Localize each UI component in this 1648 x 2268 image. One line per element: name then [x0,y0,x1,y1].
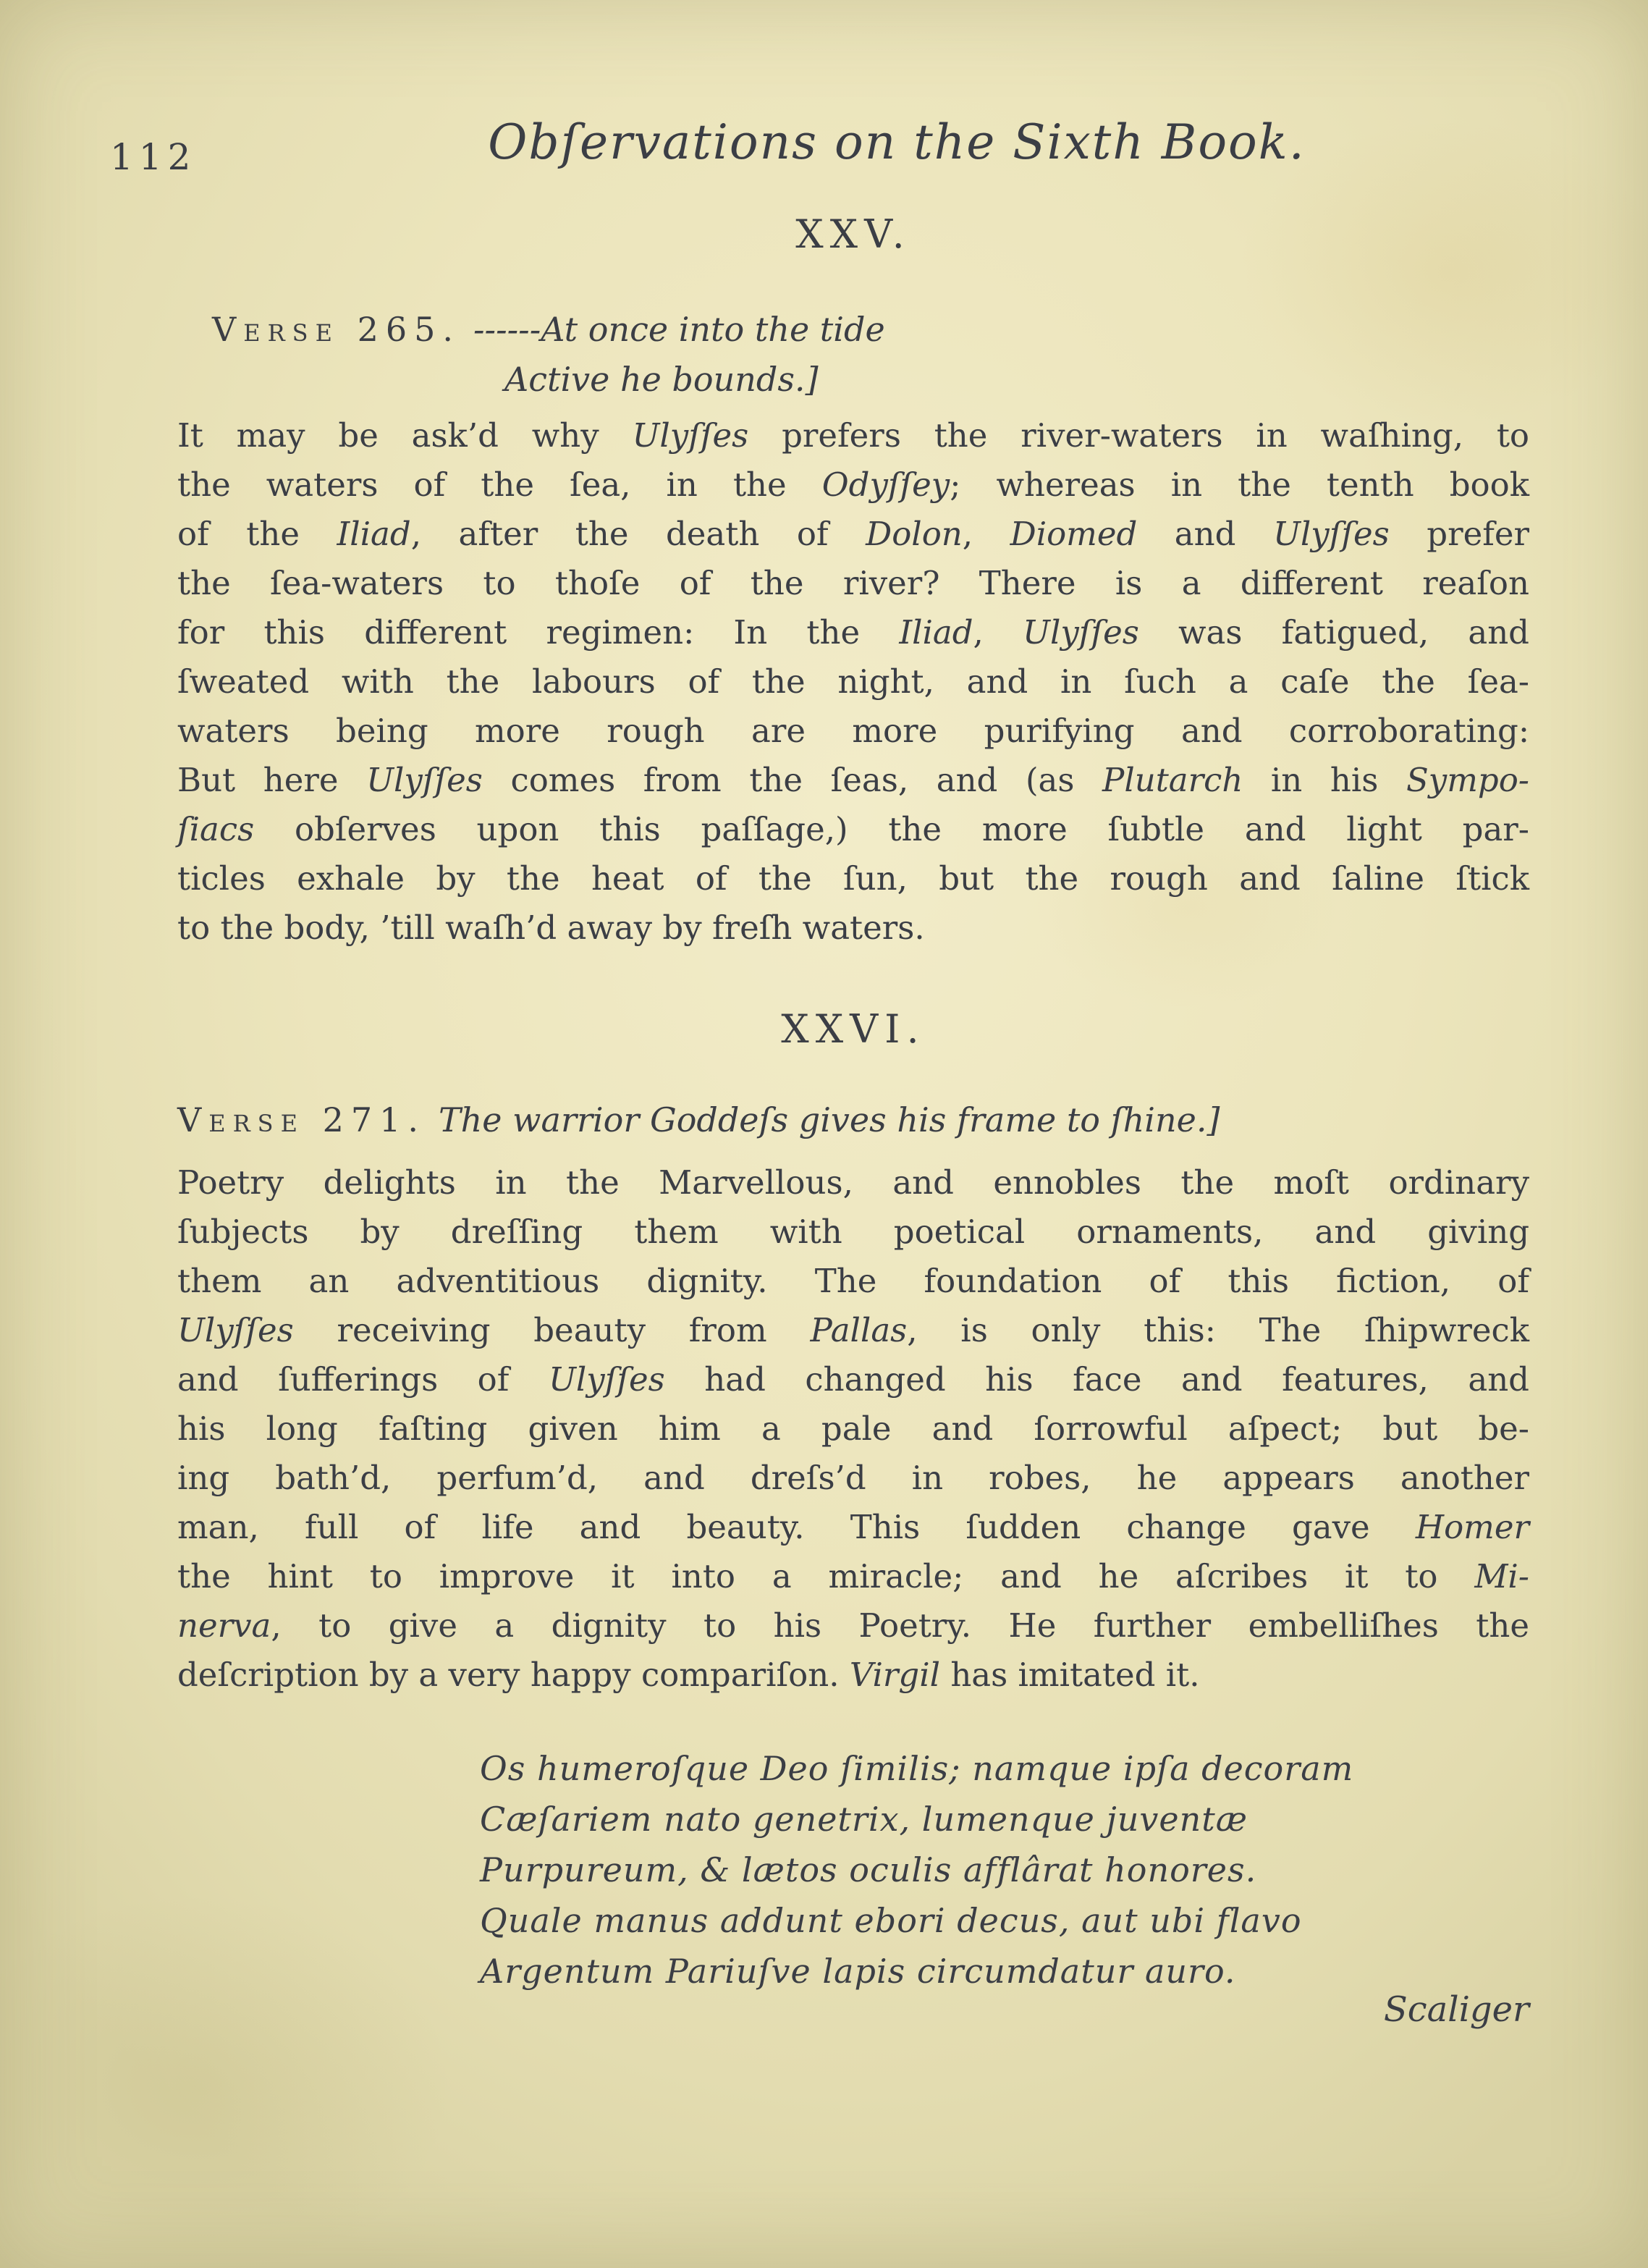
paragraph-line: the ſea-waters to thoſe of the river? Th… [177,559,1529,608]
paragraph-line: It may be ask’d why Ulyſſes prefers the … [177,411,1529,460]
paragraph-line: waters being more rough are more purifyi… [177,707,1529,756]
paragraph-line: ſubjects by dreſſing them with poetical … [177,1207,1529,1257]
verse-265-line-2: Active he bounds.] [177,360,1529,399]
paragraph-xxv: It may be ask’d why Ulyſſes prefers the … [177,411,1529,953]
running-header: Obſervations on the Sixth Book. [177,114,1529,170]
quote-attribution: Scaliger [177,1989,1529,2030]
section-heading-xxvi: XXVI. [177,1006,1529,1052]
latin-quote: Os humeroſque Deo ſimilis; namque ipſa d… [177,1743,1529,1997]
verse-265-line-1: Verse 265.------At once into the tide [177,310,1529,349]
paragraph-line: deſcription by a very happy compariſon. … [177,1651,1529,1700]
paragraph-line: the waters of the ſea, in the Odyſſey; w… [177,460,1529,510]
paragraph-line: and ſufferings of Ulyſſes had changed hi… [177,1355,1529,1404]
quote-line: Purpureum, & lætos oculis afflârat honor… [480,1845,1529,1895]
verse-265-label: Verse 265. [212,310,473,349]
paragraph-line: nerva, to give a dignity to his Poetry. … [177,1601,1529,1651]
paragraph-line: to the body, ’till waſh’d away by freſh … [177,903,1529,953]
paragraph-line: for this different regimen: In the Iliad… [177,608,1529,657]
quote-line: Os humeroſque Deo ſimilis; namque ipſa d… [480,1743,1529,1794]
paragraph-line: of the Iliad, after the death of Dolon, … [177,510,1529,559]
verse-271-text: The warrior Goddeſs gives his frame to ſ… [439,1100,1220,1139]
paragraph-line: them an adventitious dignity. The founda… [177,1257,1529,1306]
verse-271-label: Verse 271. [177,1100,439,1139]
paragraph-xxvi: Poetry delights in the Marvellous, and e… [177,1158,1529,1700]
paragraph-line: the hint to improve it into a miracle; a… [177,1552,1529,1601]
verse-265-text: ------At once into the tide [473,310,885,349]
paragraph-line: But here Ulyſſes comes from the ſeas, an… [177,756,1529,805]
paragraph-line: ticles exhale by the heat of the ſun, bu… [177,854,1529,903]
book-page-scan: 112 Obſervations on the Sixth Book. XXV.… [0,0,1648,2268]
paragraph-line: ſweated with the labours of the night, a… [177,657,1529,707]
paragraph-line: Poetry delights in the Marvellous, and e… [177,1158,1529,1207]
paragraph-line: ſiacs obſerves upon this paſſage,) the m… [177,805,1529,854]
quote-line: Cæſariem nato genetrix, lumenque juventæ [480,1794,1529,1845]
quote-line: Quale manus addunt ebori decus, aut ubi … [480,1895,1529,1946]
paragraph-line: his long faſting given him a pale and ſo… [177,1404,1529,1454]
paragraph-line: ing bath’d, perfum’d, and dreſs’d in rob… [177,1454,1529,1503]
paragraph-line: man, full of life and beauty. This ſudde… [177,1503,1529,1552]
verse-271-line: Verse 271.The warrior Goddeſs gives his … [177,1100,1529,1139]
paragraph-line: Ulyſſes receiving beauty from Pallas, is… [177,1306,1529,1355]
section-heading-xxv: XXV. [177,211,1529,257]
